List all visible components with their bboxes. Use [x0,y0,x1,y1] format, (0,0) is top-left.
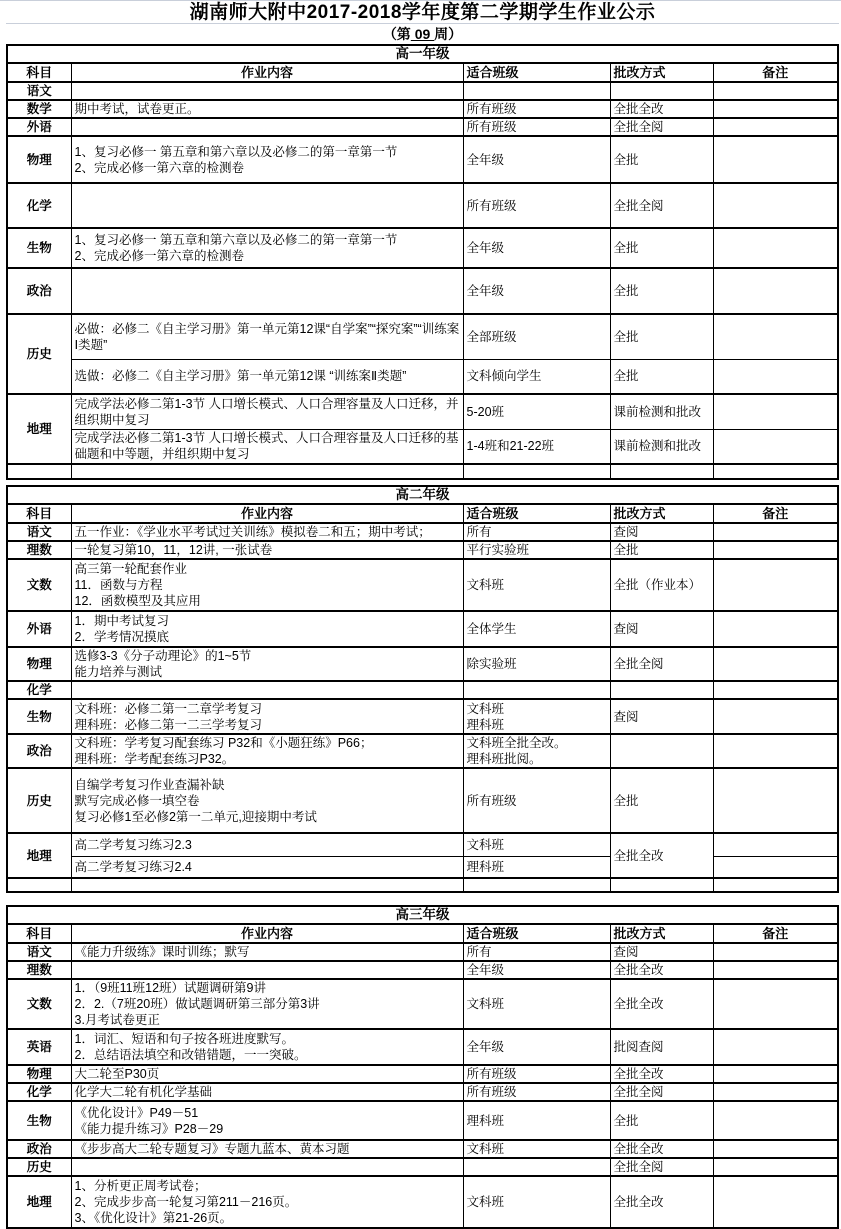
subject-cell: 物理 [7,136,71,183]
content-cell: 1．期中考试复习 2．学考情况摸底 [71,611,463,647]
note-cell [713,833,838,856]
content-cell: 高三第一轮配套作业 11．函数与方程 12．函数模型及其应用 [71,559,463,611]
note-cell [713,429,838,464]
content-cell: 1．（9班11班12班）试题调研第9讲 2．2.（7班20班）做试题调研第三部分… [71,979,463,1029]
grade-table-高一年级: 高一年级科目作业内容适合班级批改方式备注语文数学期中考试，试卷更正。所有班级全批… [6,44,839,480]
content-cell: 期中考试，试卷更正。 [71,100,463,118]
subject-cell: 物理 [7,1065,71,1083]
column-header-3: 批改方式 [610,924,713,943]
note-cell [713,100,838,118]
classes-cell: 全年级 [463,136,610,183]
content-cell [71,681,463,699]
note-cell [713,1083,838,1101]
grading-cell: 全批全改 [610,1140,713,1158]
column-header-2: 适合班级 [463,504,610,523]
content-cell: 1、复习必修一 第五章和第六章以及必修二的第一章第一节 2、完成必修一第六章的检… [71,228,463,268]
note-cell [713,1176,838,1228]
grading-cell: 全批全改 [610,833,713,878]
note-cell [713,541,838,559]
classes-cell: 文科班 [463,1140,610,1158]
classes-cell: 所有班级 [463,768,610,833]
grading-cell: 全批全改 [610,100,713,118]
classes-cell: 全年级 [463,228,610,268]
column-header-4: 备注 [713,924,838,943]
week-subtitle: （第 09 周） [6,24,839,44]
note-cell [713,768,838,833]
content-cell: 高二学考复习练习2.4 [71,856,463,878]
note-cell [713,1029,838,1065]
subject-cell: 外语 [7,611,71,647]
grading-cell [610,82,713,100]
subject-cell: 生物 [7,1101,71,1140]
classes-cell: 所有班级 [463,118,610,136]
note-cell [713,979,838,1029]
week-number: 09 [411,26,434,42]
subject-cell: 地理 [7,394,71,464]
subject-cell: 物理 [7,647,71,681]
grading-cell: 全批 [610,768,713,833]
note-cell [713,82,838,100]
classes-cell: 文科班 [463,833,610,856]
grade-table-高三年级: 高三年级科目作业内容适合班级批改方式备注语文《能力升级练》课时训练；默写所有查阅… [6,905,839,1229]
column-header-0: 科目 [7,504,71,523]
content-cell: 《优化设计》P49－51 《能力提升练习》P28－29 [71,1101,463,1140]
classes-cell: 1-4班和21-22班 [463,429,610,464]
grading-cell: 查阅 [610,943,713,961]
classes-cell: 平行实验班 [463,541,610,559]
subject-cell [7,878,71,892]
grading-cell: 全批全改 [610,961,713,979]
note-cell [713,268,838,314]
column-header-0: 科目 [7,924,71,943]
content-cell: 自编学考复习作业查漏补缺 默写完成必修一填空卷 复习必修1至必修2第一二单元,迎… [71,768,463,833]
note-cell [713,359,838,394]
note-cell [713,699,838,734]
subject-cell: 生物 [7,228,71,268]
content-cell: 选修3-3《分子动理论》的1~5节 能力培养与测试 [71,647,463,681]
content-cell: 五一作业：《学业水平考试过关训练》模拟卷二和五；期中考试； [71,523,463,541]
content-cell: 必做：必修二《自主学习册》第一单元第12课“自学案”“探究案”“训练案Ⅰ类题” [71,314,463,359]
subject-cell: 文数 [7,559,71,611]
note-cell [713,523,838,541]
classes-cell: 理科班 [463,1101,610,1140]
grading-cell: 查阅 [610,523,713,541]
content-cell [71,961,463,979]
grading-cell: 批阅查阅 [610,1029,713,1065]
note-cell [713,681,838,699]
content-cell: 完成学法必修二第1-3节 人口增长模式、人口合理容量及人口迁移，并组织期中复习 [71,394,463,429]
subject-cell: 化学 [7,681,71,699]
subject-cell: 地理 [7,1176,71,1228]
grading-cell: 全批全阅 [610,1083,713,1101]
grading-cell [610,464,713,479]
grading-cell [610,878,713,892]
classes-cell: 所有班级 [463,1083,610,1101]
subject-cell: 语文 [7,943,71,961]
content-cell: 文科班：学考复习配套练习 P32和《小题狂练》P66； 理科班：学考配套练习P3… [71,734,463,768]
note-cell [713,136,838,183]
grading-cell: 全批全阅 [610,647,713,681]
page-title: 湖南师大附中2017-2018学年度第二学期学生作业公示 [6,1,839,24]
subject-cell: 历史 [7,768,71,833]
content-cell [71,1158,463,1176]
content-cell: 1．词汇、短语和句子按各班进度默写。 2．总结语法填空和改错错题，一一突破。 [71,1029,463,1065]
note-cell [713,1101,838,1140]
subject-cell: 历史 [7,1158,71,1176]
content-cell: 完成学法必修二第1-3节 人口增长模式、人口合理容量及人口迁移的基础题和中等题，… [71,429,463,464]
content-cell [71,183,463,228]
content-cell: 文科班：必修二第一二章学考复习 理科班：必修二第一二三学考复习 [71,699,463,734]
week-prefix: （第 [383,26,411,42]
subject-cell: 化学 [7,183,71,228]
grading-cell: 课前检测和批改 [610,394,713,429]
note-cell [713,1140,838,1158]
subject-cell: 生物 [7,699,71,734]
content-cell: 《能力升级练》课时训练；默写 [71,943,463,961]
subject-cell: 外语 [7,118,71,136]
subject-cell: 政治 [7,1140,71,1158]
classes-cell: 所有班级 [463,100,610,118]
subject-cell: 理数 [7,541,71,559]
grading-cell: 全批 [610,228,713,268]
content-cell: 《步步高大二轮专题复习》专题九蓝本、黄本习题 [71,1140,463,1158]
subject-cell [7,464,71,479]
content-cell [71,464,463,479]
column-header-1: 作业内容 [71,924,463,943]
subject-cell: 理数 [7,961,71,979]
grading-cell: 查阅 [610,611,713,647]
classes-cell: 全部班级 [463,314,610,359]
column-header-1: 作业内容 [71,504,463,523]
grading-cell: 全批 [610,1101,713,1140]
note-cell [713,734,838,768]
section-title: 高三年级 [7,906,838,924]
grading-cell [610,734,713,768]
note-cell [713,394,838,429]
classes-cell: 所有班级 [463,183,610,228]
subject-cell: 语文 [7,523,71,541]
classes-cell [463,1158,610,1176]
grading-cell: 全批全改 [610,1065,713,1083]
grading-cell: 课前检测和批改 [610,429,713,464]
classes-cell [463,464,610,479]
classes-cell: 文科倾向学生 [463,359,610,394]
note-cell [713,878,838,892]
grade-table-高二年级: 高二年级科目作业内容适合班级批改方式备注语文五一作业：《学业水平考试过关训练》模… [6,485,839,893]
grading-cell: 全批全阅 [610,118,713,136]
note-cell [713,464,838,479]
content-cell [71,82,463,100]
content-cell: 1、复习必修一 第五章和第六章以及必修二的第一章第一节 2、完成必修一第六章的检… [71,136,463,183]
content-cell: 大二轮至P30页 [71,1065,463,1083]
content-cell [71,268,463,314]
classes-cell: 除实验班 [463,647,610,681]
week-suffix: 周） [434,26,462,42]
grading-cell: 全批 [610,359,713,394]
classes-cell: 5-20班 [463,394,610,429]
grading-cell: 全批全阅 [610,1158,713,1176]
column-header-3: 批改方式 [610,63,713,82]
column-header-0: 科目 [7,63,71,82]
column-header-2: 适合班级 [463,63,610,82]
subject-cell: 政治 [7,268,71,314]
grading-cell [610,681,713,699]
classes-cell: 全年级 [463,961,610,979]
table-gap [6,893,839,905]
subject-cell: 文数 [7,979,71,1029]
note-cell [713,559,838,611]
column-header-4: 备注 [713,504,838,523]
subject-cell: 历史 [7,314,71,394]
classes-cell: 文科班 [463,559,610,611]
note-cell [713,943,838,961]
classes-cell [463,878,610,892]
note-cell [713,118,838,136]
section-title: 高二年级 [7,486,838,504]
classes-cell: 所有 [463,523,610,541]
classes-cell: 文科班 [463,979,610,1029]
classes-cell [463,681,610,699]
subject-cell: 英语 [7,1029,71,1065]
classes-cell: 所有 [463,943,610,961]
classes-cell: 文科班 [463,1176,610,1228]
classes-cell: 文科班 理科班 [463,699,610,734]
classes-cell: 文科班全批全改。 理科班批阅。 [463,734,610,768]
content-cell: 一轮复习第10，11，12讲, 一张试卷 [71,541,463,559]
content-cell: 化学大二轮有机化学基础 [71,1083,463,1101]
grading-cell: 全批 [610,136,713,183]
content-cell: 高二学考复习练习2.3 [71,833,463,856]
column-header-4: 备注 [713,63,838,82]
classes-cell: 全年级 [463,268,610,314]
subject-cell: 化学 [7,1083,71,1101]
classes-cell [463,82,610,100]
grading-cell: 全批 [610,268,713,314]
subject-cell: 政治 [7,734,71,768]
column-header-2: 适合班级 [463,924,610,943]
note-cell [713,856,838,878]
sheet: 湖南师大附中2017-2018学年度第二学期学生作业公示 （第 09 周） 高一… [0,0,841,1229]
column-header-3: 批改方式 [610,504,713,523]
classes-cell: 全年级 [463,1029,610,1065]
classes-cell: 所有班级 [463,1065,610,1083]
note-cell [713,228,838,268]
grading-cell: 查阅 [610,699,713,734]
content-cell: 1、分析更正周考试卷； 2、完成步步高一轮复习第211－216页。 3、《优化设… [71,1176,463,1228]
classes-cell: 理科班 [463,856,610,878]
note-cell [713,1065,838,1083]
grading-cell: 全批 [610,314,713,359]
content-cell [71,118,463,136]
section-title: 高一年级 [7,45,838,63]
content-cell [71,878,463,892]
column-header-1: 作业内容 [71,63,463,82]
note-cell [713,314,838,359]
note-cell [713,961,838,979]
subject-cell: 数学 [7,100,71,118]
grading-cell: 全批全改 [610,979,713,1029]
grade-tables-container: 高一年级科目作业内容适合班级批改方式备注语文数学期中考试，试卷更正。所有班级全批… [6,44,839,1229]
note-cell [713,647,838,681]
grading-cell: 全批全改 [610,1176,713,1228]
grading-cell: 全批 [610,541,713,559]
subject-cell: 语文 [7,82,71,100]
content-cell: 选做：必修二《自主学习册》第一单元第12课 “训练案Ⅱ类题” [71,359,463,394]
note-cell [713,611,838,647]
note-cell [713,183,838,228]
grading-cell: 全批全阅 [610,183,713,228]
note-cell [713,1158,838,1176]
grading-cell: 全批（作业本） [610,559,713,611]
classes-cell: 全体学生 [463,611,610,647]
subject-cell: 地理 [7,833,71,878]
